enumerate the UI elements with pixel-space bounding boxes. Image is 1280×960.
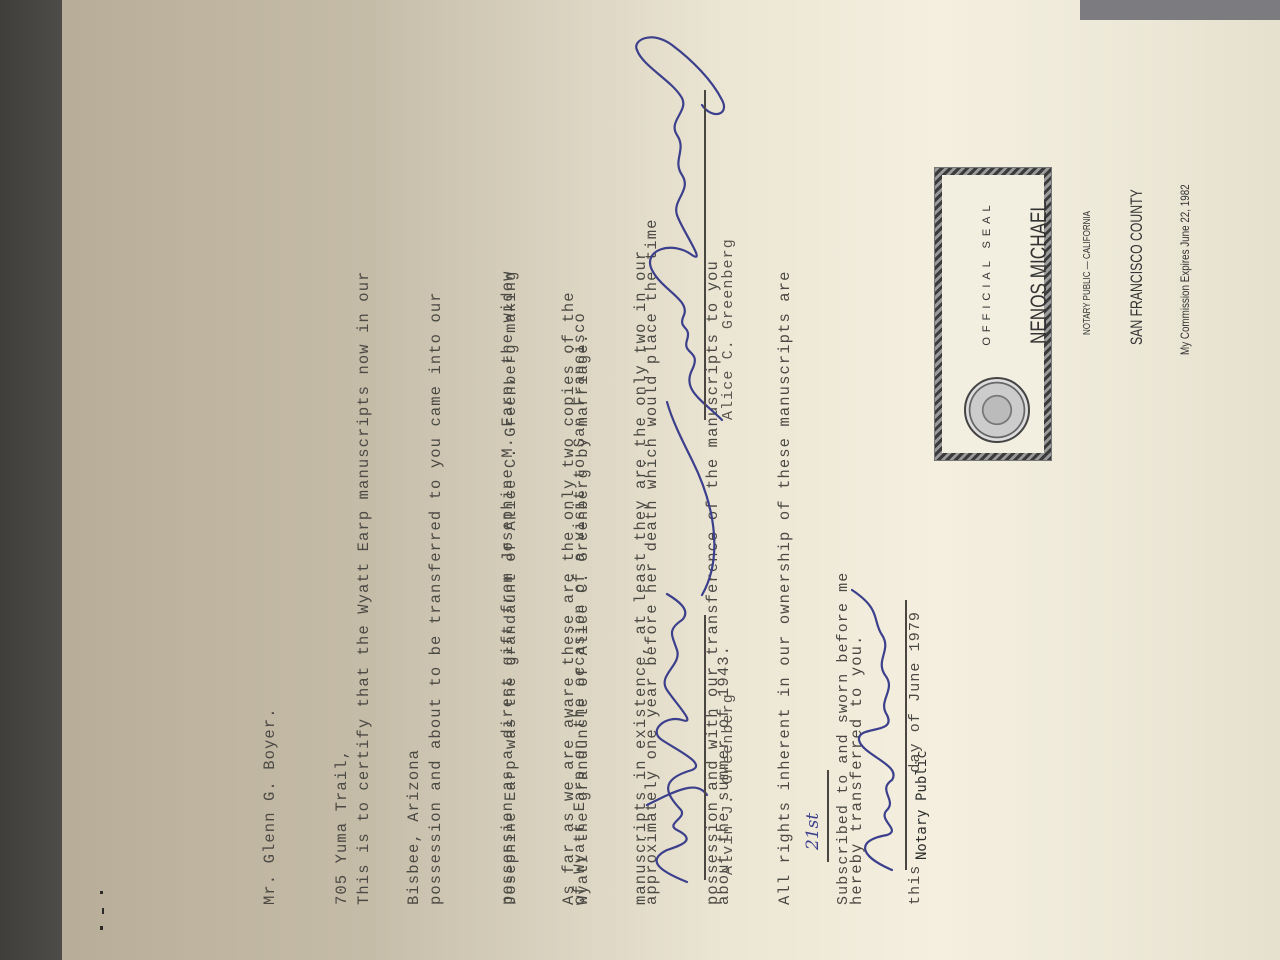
- signature-alvin: [637, 590, 712, 890]
- signature-alice: [622, 20, 732, 440]
- seal-expiration: My Commission Expires June 22, 1982: [1179, 191, 1192, 355]
- signature-line-notary: [905, 600, 907, 870]
- paragraph-line: possession and about to be transferred t…: [424, 219, 448, 906]
- seal-text: OFFICIAL SEAL NENOS MICHAEL NOTARY PUBLI…: [948, 173, 1225, 373]
- seal-subtitle: NOTARY PUBLIC — CALIFORNIA: [1083, 193, 1094, 353]
- day-blank-line: [827, 770, 829, 862]
- typed-name-alice: Alice C. Greenberg: [720, 238, 737, 420]
- paragraph-line: As far as we are aware these are the onl…: [557, 250, 581, 905]
- address-line: Mr. Glenn G. Boyer.: [258, 707, 282, 905]
- stray-marks: [100, 880, 120, 940]
- seal-title: OFFICIAL SEAL: [982, 173, 994, 373]
- official-notary-seal: OFFICIAL SEAL NENOS MICHAEL NOTARY PUBLI…: [935, 168, 1051, 460]
- seal-notary-name: NENOS MICHAEL: [1027, 195, 1050, 351]
- notary-public-label: Notary Public: [914, 750, 930, 860]
- jurat-suffix: day of June 1979: [907, 611, 924, 773]
- paragraph-line: This is to certify that the Wyatt Earp m…: [352, 219, 376, 906]
- typed-name-alvin: Alvin J. Greenberg: [720, 693, 737, 875]
- handwritten-day: 21st: [803, 813, 823, 850]
- signature-notary: [847, 585, 907, 875]
- signature-line-alice: [704, 90, 706, 420]
- document-page: Mr. Glenn G. Boyer. 705 Yuma Trail, Bisb…: [62, 0, 1280, 960]
- background-surface: [0, 0, 64, 960]
- seal-county: SAN FRANCISCO COUNTY: [1128, 201, 1146, 345]
- state-seal-icon: [964, 377, 1030, 443]
- signature-line-alvin: [704, 615, 706, 880]
- jurat-prefix: this: [907, 865, 924, 905]
